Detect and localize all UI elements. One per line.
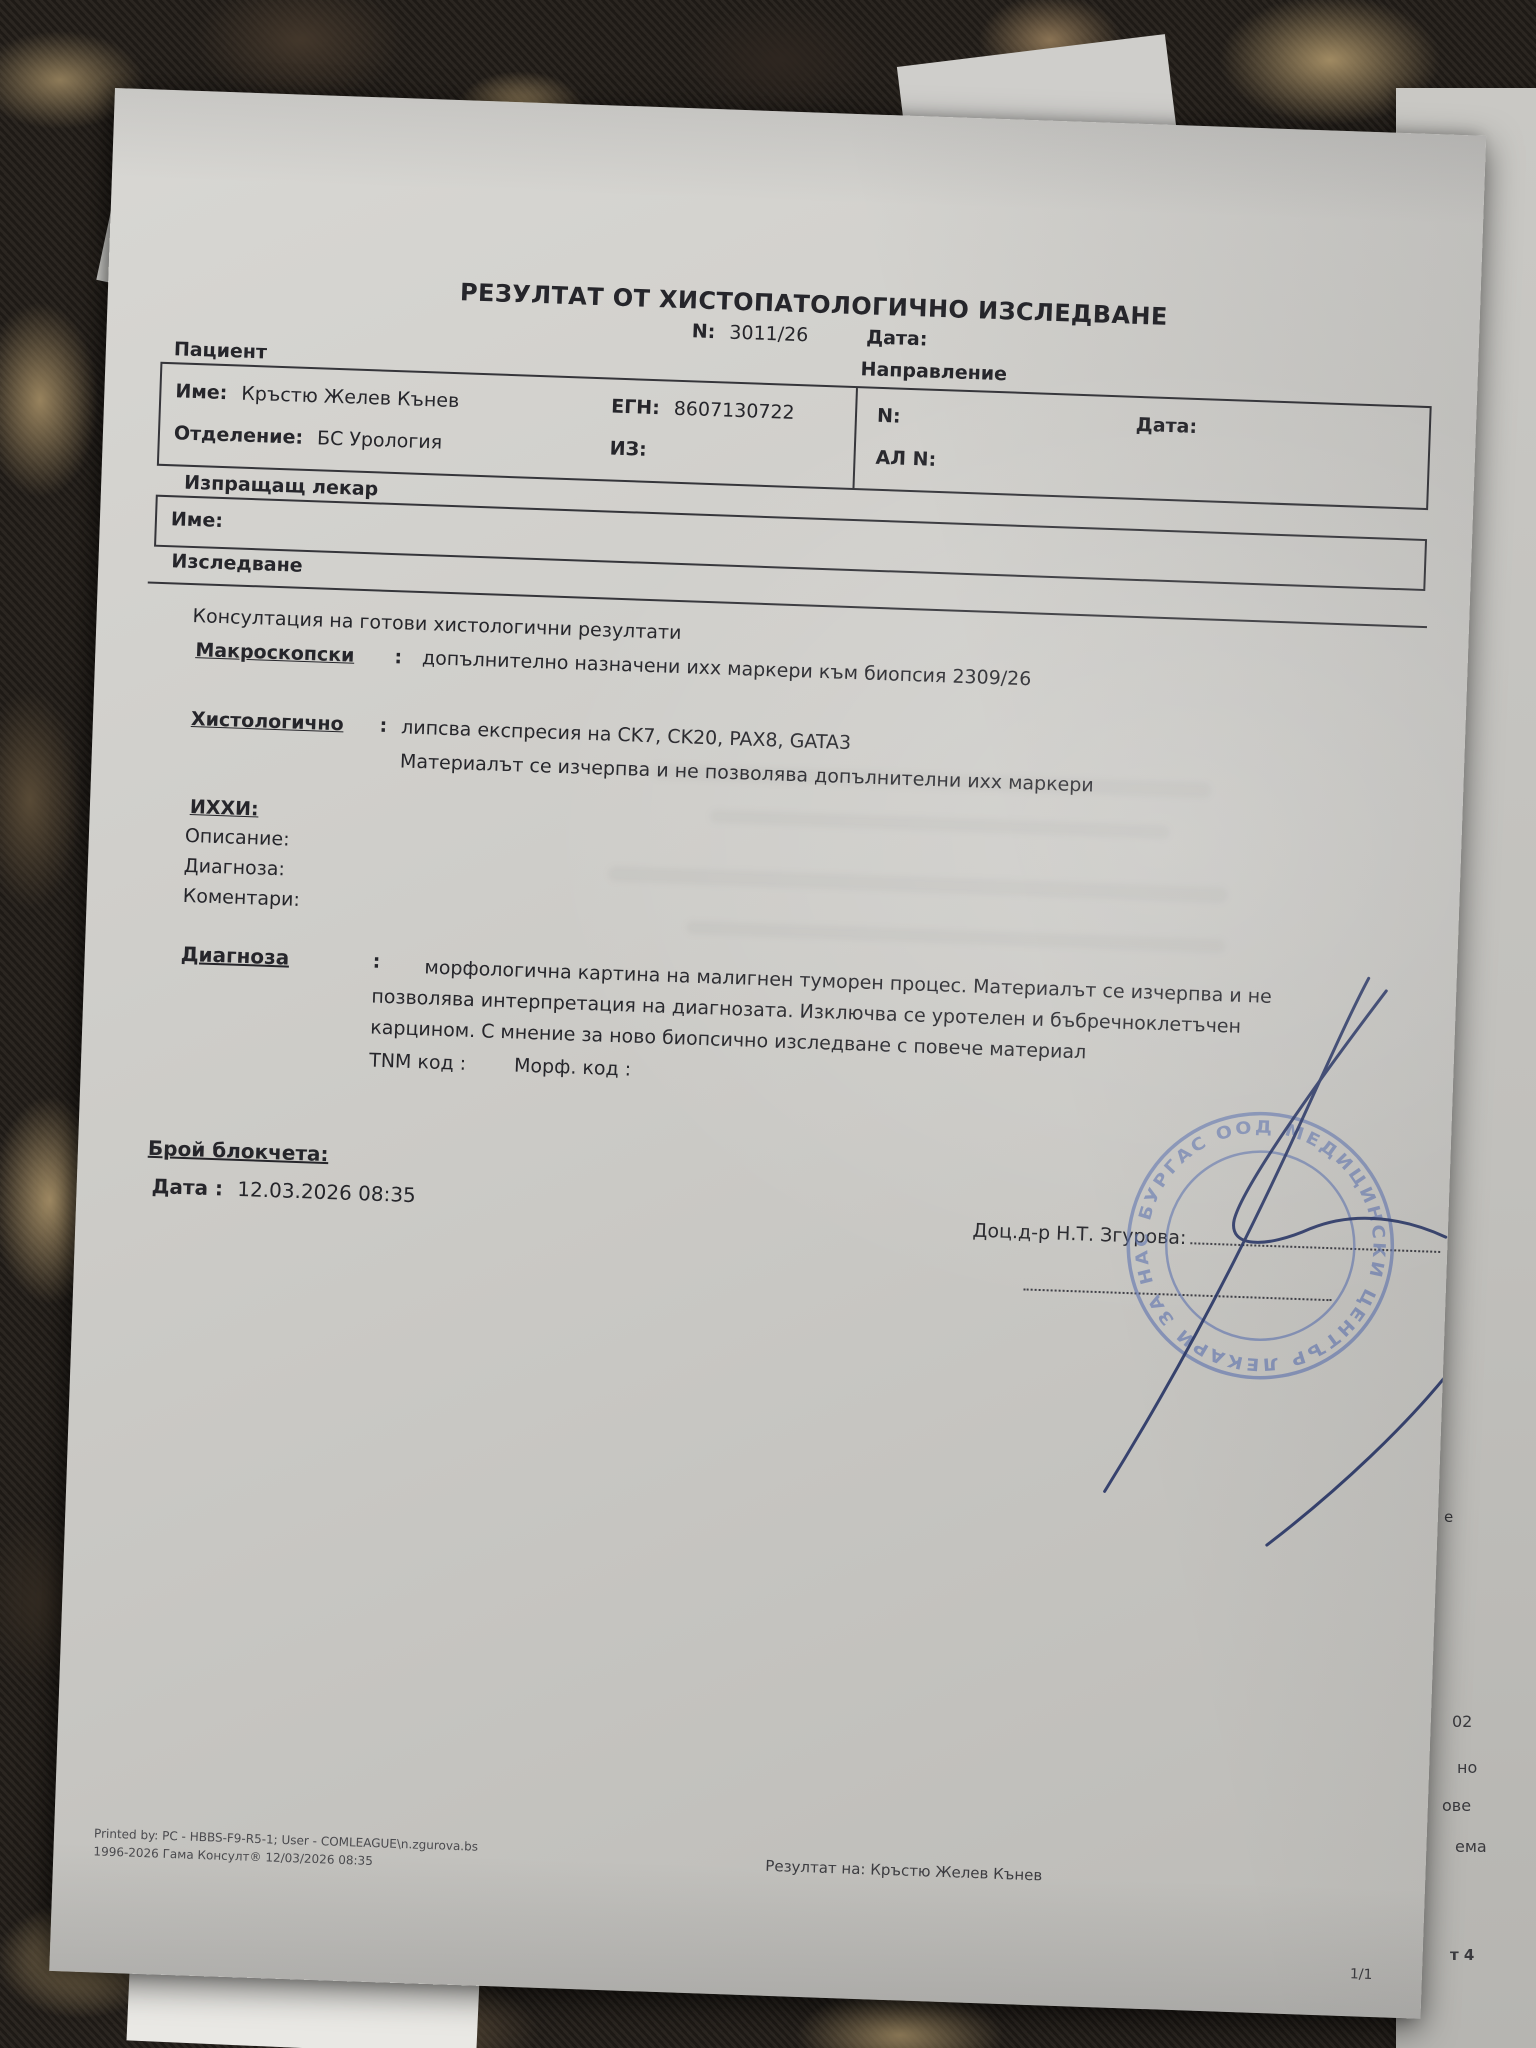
page-indicator: 1/1	[1350, 1966, 1373, 1983]
patient-egn-value: 8607130722	[673, 398, 795, 424]
ink-bleed-smudge	[608, 866, 1228, 904]
back-sheet-fragment: т 4	[1450, 1946, 1474, 1964]
sender-name-box: Име:	[154, 495, 1427, 591]
report-date-row: Дата : 12.03.2026 08:35	[151, 1174, 416, 1207]
report-number-value: 3011/26	[729, 322, 809, 347]
table-divider	[852, 388, 857, 488]
report-date-label: Дата:	[866, 326, 928, 350]
patient-section-label: Пациент	[174, 338, 268, 363]
histology-colon: :	[379, 715, 387, 737]
referral-section-label: Направление	[860, 358, 1007, 385]
handwritten-signature	[1013, 941, 1486, 1597]
ihhi-comments-label: Коментари:	[182, 885, 300, 911]
report-number-label: N:	[691, 320, 715, 343]
histology-label: Хистологично	[191, 708, 344, 735]
ihhi-diagnosis-label: Диагноза:	[184, 855, 286, 881]
report-title: РЕЗУЛТАТ ОТ ХИСТОПАТОЛОГИЧНО ИЗСЛЕДВАНЕ	[460, 278, 1169, 331]
consultation-note: Консултация на готови хистологични резул…	[192, 605, 682, 644]
photo-of-histopathology-report: { "scene": { "back_fragments": { "f1": "…	[0, 0, 1536, 2048]
patient-dept-cell: Отделение: БС Урология	[174, 422, 443, 453]
sender-name-label: Име:	[171, 508, 224, 532]
report-number-line: N: 3011/26 Дата:	[691, 320, 927, 350]
patient-egn-cell: ЕГН: 8607130722	[611, 396, 795, 424]
ink-bleed-smudge	[710, 809, 1170, 839]
back-sheet-fragment: ове	[1442, 1796, 1471, 1815]
referral-al-label: АЛ N:	[875, 447, 936, 471]
report-date-label2: Дата :	[151, 1174, 223, 1200]
patient-egn-label: ЕГН:	[611, 396, 660, 420]
printed-by-block: Printed by: PC - HBBS-F9-R5-1; User - CO…	[93, 1824, 478, 1873]
macroscopic-label: Макроскопски	[195, 639, 355, 667]
back-sheet-fragment: ема	[1455, 1837, 1487, 1856]
macroscopic-colon: :	[394, 646, 402, 668]
report-sheet: РЕЗУЛТАТ ОТ ХИСТОПАТОЛОГИЧНО ИЗСЛЕДВАНЕ …	[49, 88, 1486, 2019]
back-sheet-fragment: 02	[1452, 1712, 1472, 1731]
histology-value: липсва експресия на CK7, CK20, PAX8, GAT…	[399, 710, 1301, 809]
patient-dept-label: Отделение:	[174, 422, 304, 448]
histology-row: Хистологично : липсва експресия на CK7, …	[189, 708, 1301, 810]
patient-name-label: Име:	[175, 380, 228, 404]
patient-iz-label: ИЗ:	[609, 437, 647, 460]
referral-date-label: Дата:	[1135, 414, 1197, 438]
result-for: Резултат на: Кръстю Желев Кънев	[765, 1857, 1043, 1885]
back-sheet-fragment: но	[1457, 1758, 1477, 1777]
morph-code-label: Морф. код :	[514, 1055, 632, 1081]
codes-row: TNM код : Морф. код :	[369, 1049, 632, 1080]
exam-section-label: Изследване	[171, 550, 303, 577]
patient-name-cell: Име: Кръстю Желев Кънев	[175, 380, 460, 412]
patient-name-value: Кръстю Желев Кънев	[241, 383, 460, 413]
macroscopic-value: допълнително назначени ихх маркери към б…	[422, 647, 1032, 690]
report-date-value: 12.03.2026 08:35	[237, 1177, 416, 1207]
back-sheet-fragment: е	[1444, 1508, 1453, 1526]
patient-dept-value: БС Урология	[317, 427, 443, 453]
ihhi-label: ИХХИ:	[190, 796, 259, 820]
referral-n-label: N:	[877, 405, 901, 428]
diagnosis-label: Диагноза	[180, 942, 289, 970]
macroscopic-row: Макроскопски : допълнително назначени их…	[195, 639, 1032, 690]
blocks-label: Брой блокчета:	[148, 1136, 329, 1166]
tnm-code-label: TNM код :	[369, 1049, 467, 1074]
ihhi-description-label: Описание:	[185, 825, 290, 851]
